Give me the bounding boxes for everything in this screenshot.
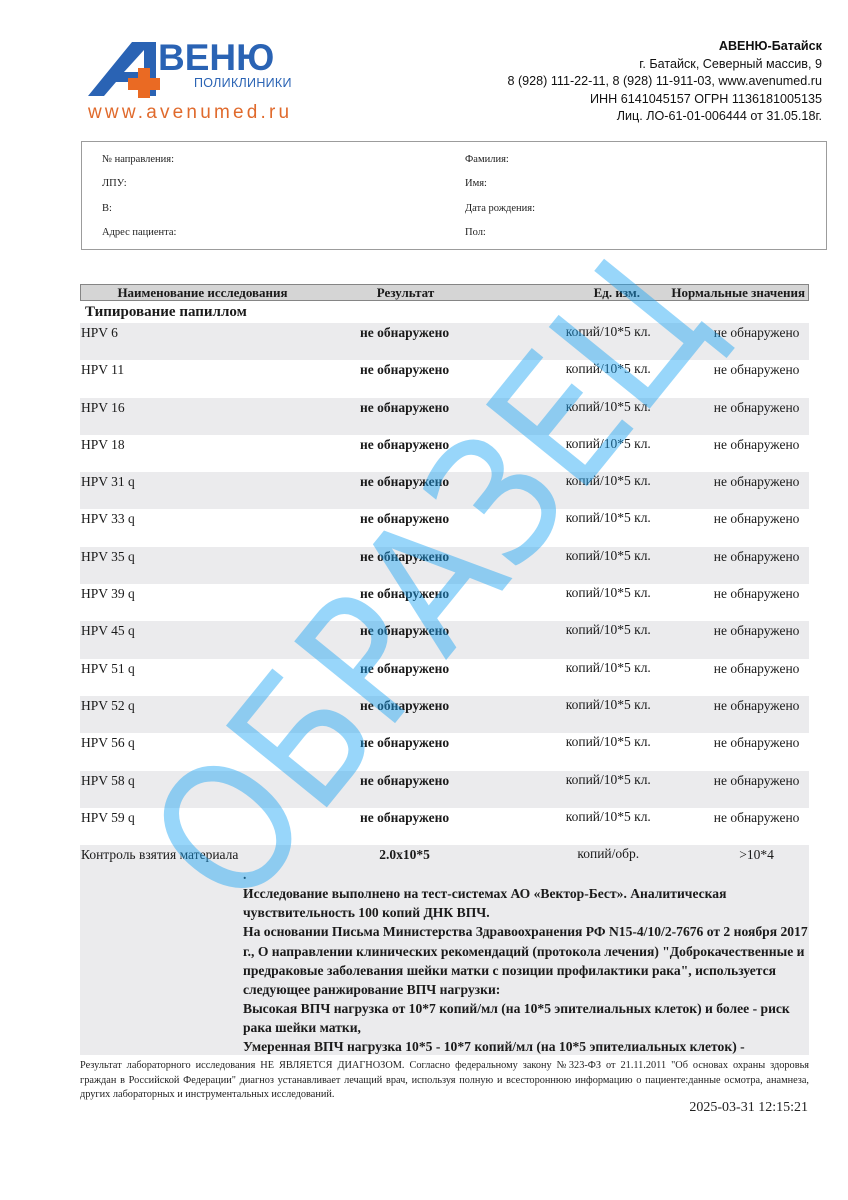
table-body: HPV 6не обнаруженокопий/10*5 кл.не обнар… bbox=[80, 323, 809, 845]
result-comment: .Исследование выполнено на тест-системах… bbox=[80, 865, 809, 1055]
comment-paragraph: На основании Письма Министерства Здравоо… bbox=[243, 922, 809, 998]
logo-url: www.avenumed.ru bbox=[88, 102, 292, 124]
patient-address-label: Адрес пациента: bbox=[102, 227, 176, 238]
test-name: HPV 18 bbox=[80, 435, 281, 472]
referral-number-label: № направления: bbox=[102, 154, 174, 165]
test-name: HPV 6 bbox=[80, 323, 281, 360]
header-unit: Ед. изм. bbox=[487, 285, 647, 300]
table-row: HPV 6не обнаруженокопий/10*5 кл.не обнар… bbox=[80, 323, 809, 360]
test-name: HPV 45 q bbox=[80, 621, 281, 658]
test-result: не обнаружено bbox=[281, 398, 529, 435]
test-norm: не обнаружено bbox=[688, 472, 809, 509]
test-norm: не обнаружено bbox=[688, 360, 809, 397]
table-row: HPV 18не обнаруженокопий/10*5 кл.не обна… bbox=[80, 435, 809, 472]
test-result: не обнаружено bbox=[281, 547, 529, 584]
diagnosis-disclaimer: Результат лабораторного исследования НЕ … bbox=[80, 1059, 809, 1103]
test-name: HPV 31 q bbox=[80, 472, 281, 509]
test-norm: не обнаружено bbox=[688, 808, 809, 845]
test-norm: не обнаружено bbox=[688, 323, 809, 360]
clinic-info: АВЕНЮ-Батайск г. Батайск, Северный масси… bbox=[507, 38, 822, 126]
test-name: HPV 33 q bbox=[80, 509, 281, 546]
control-unit: копий/обр. bbox=[528, 845, 688, 865]
test-unit: копий/10*5 кл. bbox=[528, 771, 688, 808]
test-name: HPV 52 q bbox=[80, 696, 281, 733]
test-unit: копий/10*5 кл. bbox=[528, 733, 688, 770]
test-norm: не обнаружено bbox=[688, 771, 809, 808]
group-title: Типирование папиллом bbox=[80, 301, 809, 323]
test-result: не обнаружено bbox=[281, 771, 529, 808]
test-unit: копий/10*5 кл. bbox=[528, 472, 688, 509]
header-result: Результат bbox=[324, 285, 487, 300]
test-norm: не обнаружено bbox=[688, 696, 809, 733]
test-unit: копий/10*5 кл. bbox=[528, 696, 688, 733]
control-name: Контроль взятия материала bbox=[80, 845, 281, 865]
test-result: не обнаружено bbox=[281, 435, 529, 472]
comment-paragraph: . bbox=[243, 865, 809, 884]
test-unit: копий/10*5 кл. bbox=[528, 509, 688, 546]
surname-label: Фамилия: bbox=[465, 154, 509, 165]
comment-paragraph: Исследование выполнено на тест-системах … bbox=[243, 884, 809, 922]
test-result: не обнаружено bbox=[281, 360, 529, 397]
table-row: HPV 51 qне обнаруженокопий/10*5 кл.не об… bbox=[80, 659, 809, 696]
control-result: 2.0x10*5 bbox=[281, 845, 529, 865]
first-name-label: Имя: bbox=[465, 178, 487, 189]
control-norm: >10*4 bbox=[688, 845, 809, 865]
results-table: Наименование исследования Результат Ед. … bbox=[80, 284, 809, 1055]
table-row: HPV 56 qне обнаруженокопий/10*5 кл.не об… bbox=[80, 733, 809, 770]
test-name: HPV 59 q bbox=[80, 808, 281, 845]
test-result: не обнаружено bbox=[281, 323, 529, 360]
comment-paragraph: Умеренная ВПЧ нагрузка 10*5 - 10*7 копий… bbox=[243, 1037, 809, 1055]
clinic-contacts: 8 (928) 111-22-11, 8 (928) 11-911-03, ww… bbox=[507, 73, 822, 91]
clinic-registration: ИНН 6141045157 ОГРН 1136181005135 bbox=[507, 91, 822, 109]
test-unit: копий/10*5 кл. bbox=[528, 360, 688, 397]
test-result: не обнаружено bbox=[281, 509, 529, 546]
table-row: HPV 35 qне обнаруженокопий/10*5 кл.не об… bbox=[80, 547, 809, 584]
test-result: не обнаружено bbox=[281, 733, 529, 770]
table-row: HPV 39 qне обнаруженокопий/10*5 кл.не об… bbox=[80, 584, 809, 621]
test-name: HPV 16 bbox=[80, 398, 281, 435]
table-row: HPV 16не обнаруженокопий/10*5 кл.не обна… bbox=[80, 398, 809, 435]
test-norm: не обнаружено bbox=[688, 398, 809, 435]
test-unit: копий/10*5 кл. bbox=[528, 435, 688, 472]
test-result: не обнаружено bbox=[281, 696, 529, 733]
test-norm: не обнаружено bbox=[688, 509, 809, 546]
test-unit: копий/10*5 кл. bbox=[528, 584, 688, 621]
test-result: не обнаружено bbox=[281, 584, 529, 621]
patient-info-box: № направления: ЛПУ: В: Адрес пациента: Ф… bbox=[81, 141, 827, 250]
test-name: HPV 58 q bbox=[80, 771, 281, 808]
test-unit: копий/10*5 кл. bbox=[528, 547, 688, 584]
svg-text:ВЕНЮ: ВЕНЮ bbox=[158, 38, 274, 78]
test-unit: копий/10*5 кл. bbox=[528, 621, 688, 658]
table-row: HPV 45 qне обнаруженокопий/10*5 кл.не об… bbox=[80, 621, 809, 658]
table-row: HPV 11не обнаруженокопий/10*5 кл.не обна… bbox=[80, 360, 809, 397]
test-result: не обнаружено bbox=[281, 659, 529, 696]
table-header: Наименование исследования Результат Ед. … bbox=[80, 284, 809, 301]
test-unit: копий/10*5 кл. bbox=[528, 398, 688, 435]
test-name: HPV 11 bbox=[80, 360, 281, 397]
test-norm: не обнаружено bbox=[688, 547, 809, 584]
clinic-logo: ВЕНЮ ПОЛИКЛИНИКИ www.avenumed.ru bbox=[86, 38, 306, 128]
clinic-name: АВЕНЮ-Батайск bbox=[507, 38, 822, 56]
clinic-address: г. Батайск, Северный массив, 9 bbox=[507, 56, 822, 74]
logo-subtitle: ПОЛИКЛИНИКИ bbox=[194, 76, 292, 90]
sex-label: Пол: bbox=[465, 227, 486, 238]
test-unit: копий/10*5 кл. bbox=[528, 808, 688, 845]
test-name: HPV 51 q bbox=[80, 659, 281, 696]
test-name: HPV 35 q bbox=[80, 547, 281, 584]
table-row: HPV 52 qне обнаруженокопий/10*5 кл.не об… bbox=[80, 696, 809, 733]
table-row: HPV 33 qне обнаруженокопий/10*5 кл.не об… bbox=[80, 509, 809, 546]
test-norm: не обнаружено bbox=[688, 733, 809, 770]
clinic-license: Лиц. ЛО-61-01-006444 от 31.05.18г. bbox=[507, 108, 822, 126]
test-unit: копий/10*5 кл. bbox=[528, 659, 688, 696]
print-timestamp: 2025-03-31 12:15:21 bbox=[689, 1100, 808, 1116]
test-result: не обнаружено bbox=[281, 621, 529, 658]
test-result: не обнаружено bbox=[281, 808, 529, 845]
test-norm: не обнаружено bbox=[688, 621, 809, 658]
table-row: HPV 58 qне обнаруженокопий/10*5 кл.не об… bbox=[80, 771, 809, 808]
test-norm: не обнаружено bbox=[688, 659, 809, 696]
table-row: HPV 31 qне обнаруженокопий/10*5 кл.не об… bbox=[80, 472, 809, 509]
birth-date-label: Дата рождения: bbox=[465, 203, 535, 214]
control-row: Контроль взятия материала 2.0x10*5 копий… bbox=[80, 845, 809, 865]
comment-paragraph: Высокая ВПЧ нагрузка от 10*7 копий/мл (н… bbox=[243, 999, 809, 1037]
test-result: не обнаружено bbox=[281, 472, 529, 509]
test-name: HPV 39 q bbox=[80, 584, 281, 621]
v-label: В: bbox=[102, 203, 112, 214]
header-norm: Нормальные значения bbox=[647, 285, 808, 300]
header-name: Наименование исследования bbox=[81, 285, 324, 300]
table-row: HPV 59 qне обнаруженокопий/10*5 кл.не об… bbox=[80, 808, 809, 845]
test-unit: копий/10*5 кл. bbox=[528, 323, 688, 360]
lpu-label: ЛПУ: bbox=[102, 178, 127, 189]
test-name: HPV 56 q bbox=[80, 733, 281, 770]
test-norm: не обнаружено bbox=[688, 584, 809, 621]
test-norm: не обнаружено bbox=[688, 435, 809, 472]
